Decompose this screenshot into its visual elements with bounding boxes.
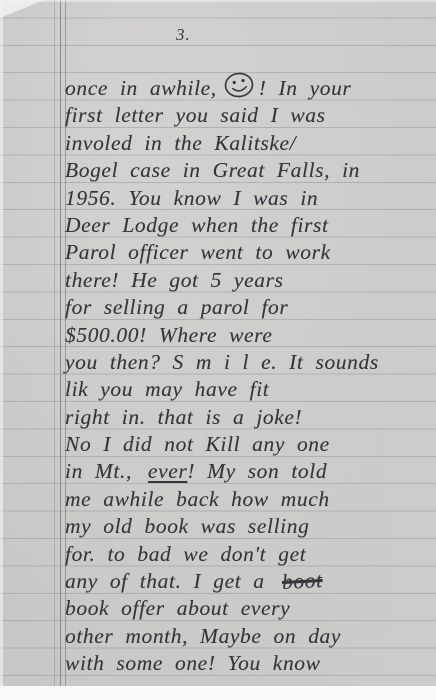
handwritten-line: Parol officer went to work <box>65 239 431 266</box>
handwritten-line: you then? S m i l e. It sounds <box>65 349 431 376</box>
text-segment: involed in the Kalitske/ <box>65 131 296 155</box>
scan-edge-corner <box>0 0 44 18</box>
text-segment: $500.00! Where were <box>65 323 273 347</box>
handwritten-line: right in. that is a joke! <box>65 404 431 431</box>
handwritten-line: once in awhile,! In your <box>65 75 431 102</box>
text-segment: ! My son told <box>187 459 327 483</box>
handwritten-line: first letter you said I was <box>65 102 431 129</box>
page-number: 3. <box>176 25 191 45</box>
handwritten-line: for selling a parol for <box>65 294 431 321</box>
struck-out-word: boot <box>281 567 323 596</box>
scanned-letter-page: 3. once in awhile,! In your first letter… <box>0 0 436 700</box>
text-segment: Deer Lodge when the first <box>65 213 329 237</box>
text-segment: right in. that is a joke! <box>65 405 302 429</box>
handwritten-line: there! He got 5 years <box>65 267 431 294</box>
letter-body: once in awhile,! In your first letter yo… <box>65 75 431 678</box>
handwritten-line: involed in the Kalitske/ <box>65 130 431 157</box>
text-segment: 1956. You know I was in <box>65 186 318 210</box>
handwritten-line: other month, Maybe on day <box>65 623 431 650</box>
text-segment: book offer about every <box>65 596 290 620</box>
handwritten-line: with some one! You know <box>65 650 431 677</box>
text-segment: any of that. I get a <box>65 569 277 593</box>
text-segment: me awhile back how much <box>65 487 330 511</box>
text-segment: No I did not Kill any one <box>65 432 330 456</box>
text-segment: my old book was selling <box>65 514 309 538</box>
text-segment: first letter you said I was <box>65 103 326 127</box>
handwritten-line: in Mt., ever! My son told <box>65 458 431 485</box>
smiley-face-icon <box>220 69 257 100</box>
text-segment: you then? S m i l e. It sounds <box>65 350 379 374</box>
text-segment: with some one! You know <box>65 651 321 675</box>
text-segment: in Mt., <box>65 459 144 483</box>
handwritten-line: book offer about every <box>65 595 431 622</box>
text-segment: ! In your <box>259 76 352 100</box>
underlined-word: ever <box>148 459 187 483</box>
handwritten-line: Bogel case in Great Falls, in <box>65 157 431 184</box>
handwritten-line: 1956. You know I was in <box>65 185 431 212</box>
text-segment: once in awhile, <box>65 76 217 100</box>
text-segment: lik you may have fit <box>65 377 269 401</box>
handwritten-line: me awhile back how much <box>65 486 431 513</box>
scan-edge-top <box>0 0 436 2</box>
text-segment: for selling a parol for <box>65 295 288 319</box>
handwritten-line: for. to bad we don't get <box>65 541 431 568</box>
text-segment: there! He got 5 years <box>65 268 284 292</box>
handwritten-line: $500.00! Where were <box>65 322 431 349</box>
handwritten-line: No I did not Kill any one <box>65 431 431 458</box>
handwritten-line: any of that. I get a boot <box>65 568 431 595</box>
text-segment: for. to bad we don't get <box>65 542 306 566</box>
handwritten-line: my old book was selling <box>65 513 431 540</box>
handwritten-line: lik you may have fit <box>65 376 431 403</box>
text-segment: other month, Maybe on day <box>65 624 341 648</box>
text-segment: Parol officer went to work <box>65 240 331 264</box>
text-segment: Bogel case in Great Falls, in <box>65 158 360 182</box>
scan-edge-bottom <box>0 686 436 700</box>
scan-edge-left <box>0 0 3 686</box>
margin-line-faint <box>54 0 55 686</box>
handwritten-line: Deer Lodge when the first <box>65 212 431 239</box>
